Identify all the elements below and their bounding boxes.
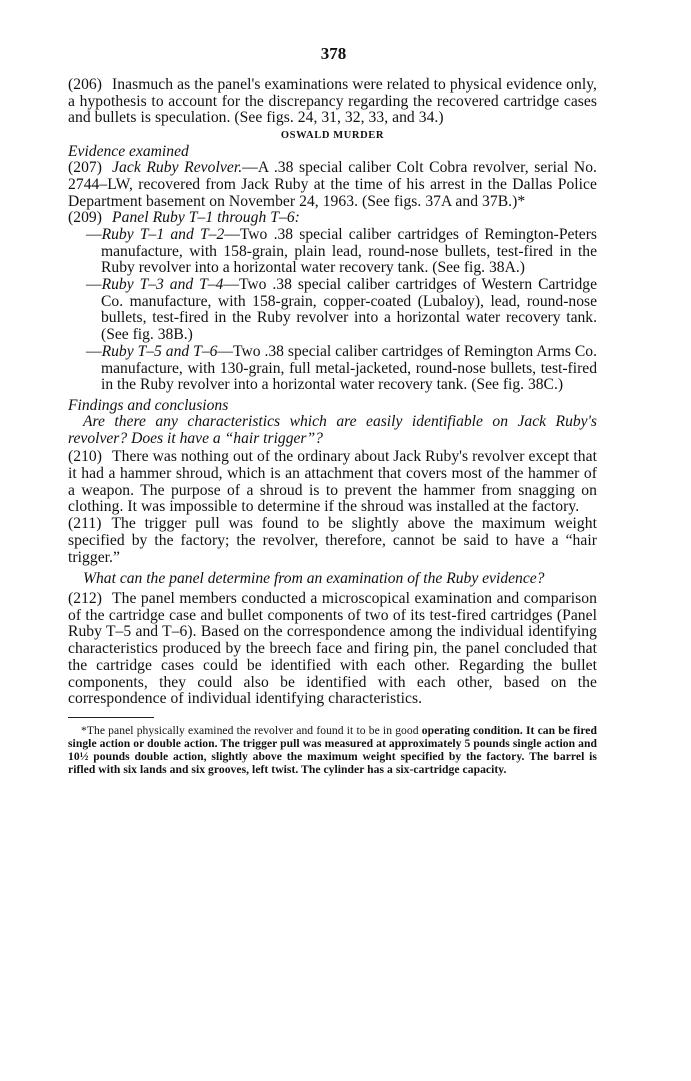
evidence-heading: Evidence examined (68, 143, 597, 160)
footnote-lead: *The panel physically examined the revol… (81, 724, 419, 737)
page-number: 378 (68, 44, 597, 64)
paragraph-209: (209)Panel Ruby T–1 through T–6: (68, 210, 597, 227)
list-item: —Ruby T–3 and T–4—Two .38 special calibe… (101, 277, 597, 344)
paragraph-number: (210) (68, 448, 102, 465)
findings-heading: Findings and conclusions (68, 397, 597, 414)
paragraph-212: (212)The panel members conducted a micro… (68, 591, 597, 708)
item-label: Ruby T–3 and T–4 (102, 276, 224, 293)
question-ruby-evidence: What can the panel determine from an exa… (68, 571, 597, 588)
footnote: *The panel physically examined the revol… (68, 724, 597, 776)
paragraph-210: (210)There was nothing out of the ordina… (68, 449, 597, 516)
paragraph-207: (207)Jack Ruby Revolver.—A .38 special c… (68, 160, 597, 210)
paragraph-number: (212) (68, 590, 102, 607)
item-label: Ruby T–1 and T–2 (102, 226, 225, 243)
paragraph-title: Panel Ruby T–1 through T–6: (112, 209, 300, 226)
paragraph-211: (211)The trigger pull was found to be sl… (68, 516, 597, 566)
item-label: Ruby T–5 and T–6 (102, 343, 218, 360)
paragraph-title: Jack Ruby Revolver. (112, 159, 242, 176)
question-hair-trigger: Are there any characteristics which are … (68, 414, 597, 447)
paragraph-number: (211) (68, 515, 101, 532)
paragraph-number: (209) (68, 209, 102, 226)
paragraph-text: The panel members conducted a microscopi… (68, 590, 597, 707)
paragraph-text: There was nothing out of the ordinary ab… (68, 448, 597, 515)
paragraph-206: (206)Inasmuch as the panel's examination… (68, 77, 597, 127)
paragraph-number: (206) (68, 76, 102, 93)
list-item: —Ruby T–1 and T–2—Two .38 special calibe… (101, 227, 597, 277)
paragraph-text: Inasmuch as the panel's examinations wer… (68, 76, 597, 126)
section-heading: OSWALD MURDER (68, 129, 597, 142)
document-page: 378 (206)Inasmuch as the panel's examina… (68, 44, 597, 776)
paragraph-text: The trigger pull was found to be slightl… (68, 515, 597, 565)
footnote-divider (68, 717, 154, 718)
list-item: —Ruby T–5 and T–6—Two .38 special calibe… (101, 344, 597, 394)
paragraph-number: (207) (68, 159, 102, 176)
